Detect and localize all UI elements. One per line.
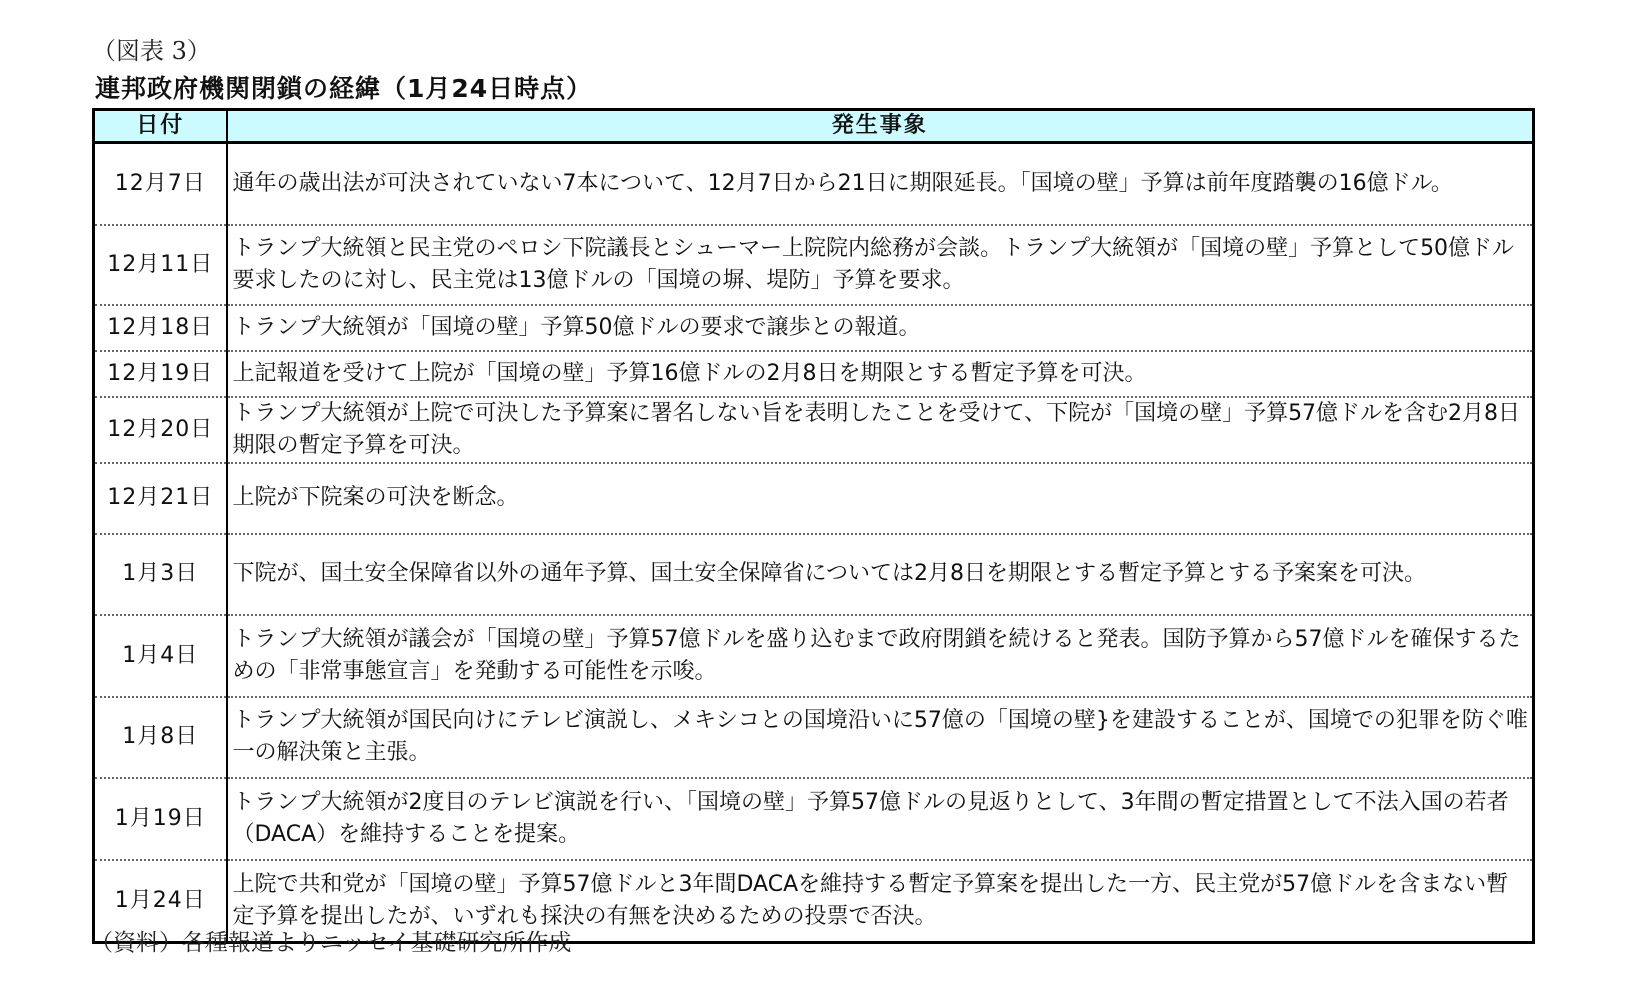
row-event: トランプ大統領が「国境の壁」予算50億ドルの要求で譲歩との報道。 <box>227 305 1534 351</box>
table-row: 1月8日 トランプ大統領が国民向けにテレビ演説し、メキシコとの国境沿いに57億の… <box>94 697 1534 778</box>
table-row: 1月4日 トランプ大統領が議会が「国境の壁」予算57億ドルを盛り込むまで政府閉鎖… <box>94 615 1534 697</box>
row-event: トランプ大統領が2度目のテレビ演説を行い、「国境の壁」予算57億ドルの見返りとし… <box>227 778 1534 860</box>
column-header-date: 日付 <box>94 110 227 143</box>
column-header-event: 発生事象 <box>227 110 1534 143</box>
row-event: トランプ大統領と民主党のペロシ下院議長とシューマー上院院内総務が会談。トランプ大… <box>227 225 1534 305</box>
table-row: 12月20日 トランプ大統領が上院で可決した予算案に署名しない旨を表明したことを… <box>94 397 1534 463</box>
row-event: トランプ大統領が上院で可決した予算案に署名しない旨を表明したことを受けて、下院が… <box>227 397 1534 463</box>
row-date: 12月11日 <box>94 225 227 305</box>
row-event: 通年の歳出法が可決されていない7本について、12月7日から21日に期限延長。「国… <box>227 143 1534 225</box>
row-date: 1月8日 <box>94 697 227 778</box>
table-body: 12月7日 通年の歳出法が可決されていない7本について、12月7日から21日に期… <box>94 143 1534 943</box>
row-date: 12月20日 <box>94 397 227 463</box>
row-date: 1月3日 <box>94 534 227 615</box>
row-event: トランプ大統領が議会が「国境の壁」予算57億ドルを盛り込むまで政府閉鎖を続けると… <box>227 615 1534 697</box>
row-event: 上記報道を受けて上院が「国境の壁」予算16億ドルの2月8日を期限とする暫定予算を… <box>227 351 1534 397</box>
row-date: 12月18日 <box>94 305 227 351</box>
table-title: 連邦政府機関閉鎖の経緯（1月24日時点） <box>95 73 592 105</box>
row-date: 1月4日 <box>94 615 227 697</box>
row-date: 12月7日 <box>94 143 227 225</box>
row-date: 1月19日 <box>94 778 227 860</box>
table-header-row: 日付 発生事象 <box>94 110 1534 143</box>
table-row: 12月19日 上記報道を受けて上院が「国境の壁」予算16億ドルの2月8日を期限と… <box>94 351 1534 397</box>
events-table: 日付 発生事象 12月7日 通年の歳出法が可決されていない7本について、12月7… <box>92 108 1535 944</box>
table-row: 12月7日 通年の歳出法が可決されていない7本について、12月7日から21日に期… <box>94 143 1534 225</box>
row-date: 12月21日 <box>94 463 227 534</box>
table-row: 12月21日 上院が下院案の可決を断念。 <box>94 463 1534 534</box>
table-row: 1月3日 下院が、国土安全保障省以外の通年予算、国土安全保障省については2月8日… <box>94 534 1534 615</box>
source-note: （資料）各種報道よりニッセイ基礎研究所作成 <box>90 928 571 958</box>
table-row: 12月18日 トランプ大統領が「国境の壁」予算50億ドルの要求で譲歩との報道。 <box>94 305 1534 351</box>
table-row: 1月19日 トランプ大統領が2度目のテレビ演説を行い、「国境の壁」予算57億ドル… <box>94 778 1534 860</box>
row-event: 上院が下院案の可決を断念。 <box>227 463 1534 534</box>
row-event: トランプ大統領が国民向けにテレビ演説し、メキシコとの国境沿いに57億の「国境の壁… <box>227 697 1534 778</box>
table-row: 12月11日 トランプ大統領と民主党のペロシ下院議長とシューマー上院院内総務が会… <box>94 225 1534 305</box>
row-event: 下院が、国土安全保障省以外の通年予算、国土安全保障省については2月8日を期限とす… <box>227 534 1534 615</box>
figure-label: （図表 3） <box>92 36 211 66</box>
row-date: 12月19日 <box>94 351 227 397</box>
